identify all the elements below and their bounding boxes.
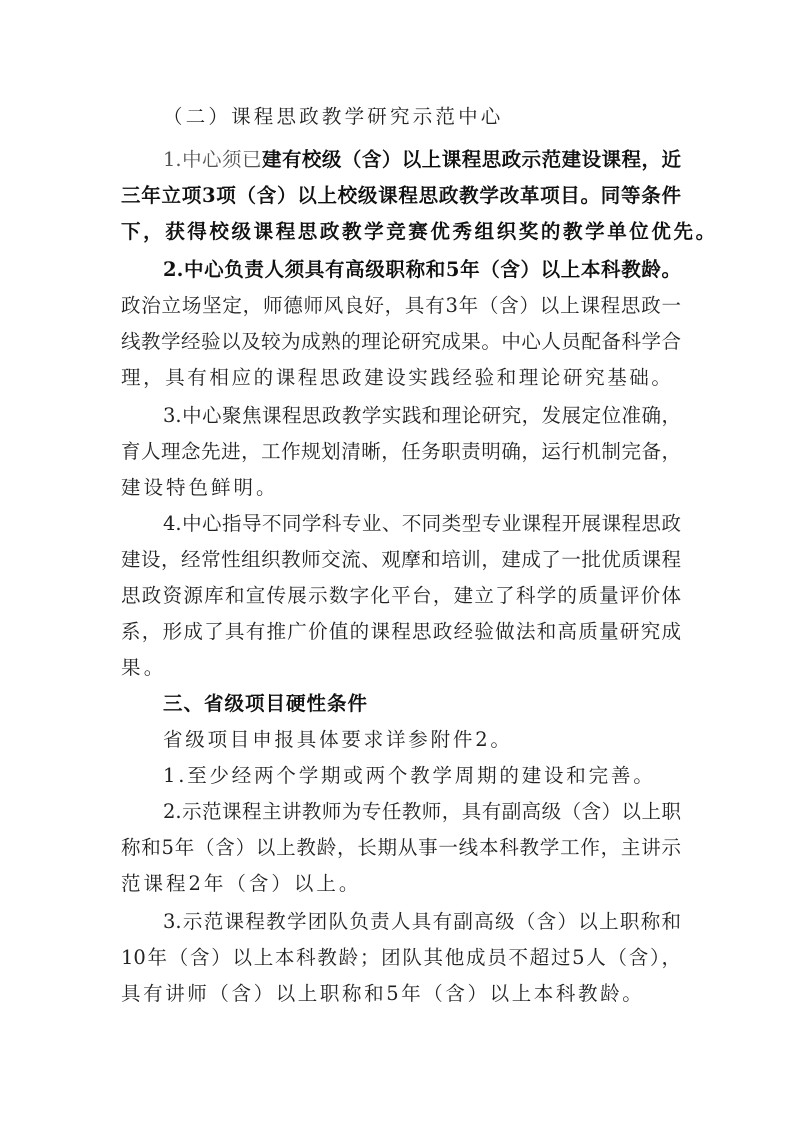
item1-bold-text: 建有校级（含）以上课程思政示范建设课程，近 <box>262 148 681 171</box>
item2-line1: 2.中心负责人须具有高级职称和5年（含）以上本科教龄。 <box>163 258 681 282</box>
section-3-item2-line2: 称和5年（含）以上教龄，长期从事一线本科教学工作，主讲示 <box>121 836 681 860</box>
item4-line2: 建设，经常性组织教师交流、观摩和培训，建成了一批优质课程 <box>121 548 681 572</box>
document-page: （二）课程思政教学研究示范中心 1.中心须已建有校级（含）以上课程思政示范建设课… <box>0 0 800 1131</box>
item2-line3: 线教学经验以及较为成熟的理论研究成果。中心人员配备科学合 <box>121 330 681 354</box>
item4-line1: 4.中心指导不同学科专业、不同类型专业课程开展课程思政 <box>163 512 681 536</box>
section-3-item3-line1: 3.示范课程教学团队负责人具有副高级（含）以上职称和 <box>163 910 681 934</box>
section-3-item1: 1.至少经两个学期或两个教学周期的建设和完善。 <box>163 764 723 788</box>
section-heading-provincial-requirements: 三、省级项目硬性条件 <box>163 692 723 716</box>
item1-prefix: 1.中心须已 <box>163 148 262 171</box>
section-3-item3-line3: 具有讲师（含）以上职称和5年（含）以上本科教龄。 <box>121 982 681 1006</box>
section-3-item3-line2: 10年（含）以上本科教龄；团队其他成员不超过5人（含）， <box>121 946 681 970</box>
item1-line2: 三年立项3项（含）以上校级课程思政教学改革项目。同等条件 <box>121 184 681 208</box>
section-heading-teaching-research-center: （二）课程思政教学研究示范中心 <box>163 105 723 129</box>
section-3-item2-line1: 2.示范课程主讲教师为专任教师，具有副高级（含）以上职 <box>163 800 681 824</box>
section-3-intro: 省级项目申报具体要求详参附件2。 <box>163 728 723 752</box>
item2-line2: 政治立场坚定，师德师风良好，具有3年（含）以上课程思政一 <box>121 294 681 318</box>
item4-line5: 果。 <box>121 656 681 680</box>
section-3-item2-line3: 范课程2年（含）以上。 <box>121 872 681 896</box>
item2-line4: 理，具有相应的课程思政建设实践经验和理论研究基础。 <box>121 366 681 390</box>
item4-line3: 思政资源库和宣传展示数字化平台，建立了科学的质量评价体 <box>121 584 681 608</box>
item3-line1: 3.中心聚焦课程思政教学实践和理论研究，发展定位准确， <box>163 404 681 428</box>
item3-line2: 育人理念先进，工作规划清晰，任务职责明确，运行机制完备， <box>121 440 681 464</box>
item3-line3: 建设特色鲜明。 <box>121 476 681 500</box>
item4-line4: 系，形成了具有推广价值的课程思政经验做法和高质量研究成 <box>121 620 681 644</box>
item1-line3: 下，获得校级课程思政教学竞赛优秀组织奖的教学单位优先。 <box>121 220 681 244</box>
item1-line1: 1.中心须已建有校级（含）以上课程思政示范建设课程，近 <box>163 148 681 172</box>
